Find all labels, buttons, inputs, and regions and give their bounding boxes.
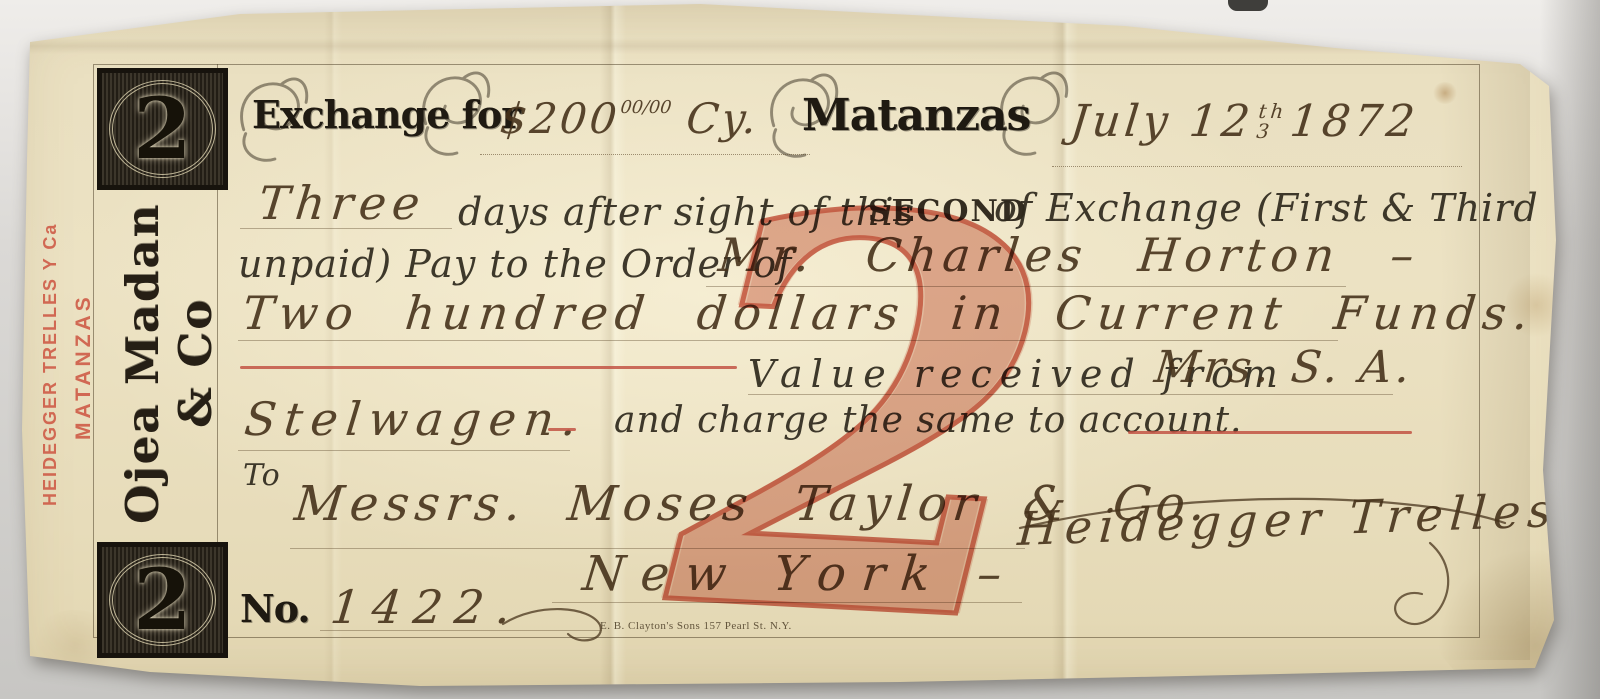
serial-number-handwritten: 1422. (328, 580, 525, 634)
serial-baseline (320, 630, 602, 631)
red-control-numeral: 2 (639, 187, 1092, 659)
paper-wrapper: 2 2 Ojea Madan & Co HEIDEGGER TRELLES Y … (0, 0, 1600, 699)
fold-crease (28, 38, 1528, 54)
amount-dollars: $200 (498, 94, 622, 143)
denomination-numeral: 2 (133, 558, 191, 642)
term-handwritten: Three (256, 176, 428, 230)
amount-fraction: 00/00 (620, 98, 673, 118)
denomination-block-bottom: 2 (97, 542, 228, 658)
date-month-day: July 12 (1068, 96, 1256, 147)
bill-of-exchange-paper: 2 2 Ojea Madan & Co HEIDEGGER TRELLES Y … (0, 0, 1600, 699)
denomination-block-top: 2 (97, 68, 228, 190)
photo-of-document: 2 2 Ojea Madan & Co HEIDEGGER TRELLES Y … (0, 0, 1600, 699)
counterfoil-firm-name: Ojea Madan & Co (116, 182, 216, 544)
red-dash (548, 428, 576, 431)
no-label: No. (240, 586, 310, 631)
date-baseline (1052, 166, 1462, 167)
date-alt-day: 3 (1255, 122, 1286, 142)
denomination-numeral: 2 (133, 87, 191, 171)
date-ordinal: th (1258, 102, 1289, 122)
payer-baseline (238, 450, 570, 451)
payer-handwritten-line2: Stelwagen. (242, 392, 587, 446)
to-label: To (243, 458, 281, 493)
date-line: July 12th31872 (1068, 96, 1421, 147)
date-year: 1872 (1288, 96, 1421, 147)
red-stamp-line1: HEIDEGGER TRELLES Y Ca (40, 158, 61, 506)
red-stamp-line2: MATANZAS (72, 240, 96, 440)
term-baseline (240, 228, 452, 229)
payer-handwritten-line1: Mrs. S. A. (1152, 342, 1416, 393)
red-rule-right (1128, 431, 1412, 434)
exchange-for-label: Exchange for (252, 92, 520, 137)
